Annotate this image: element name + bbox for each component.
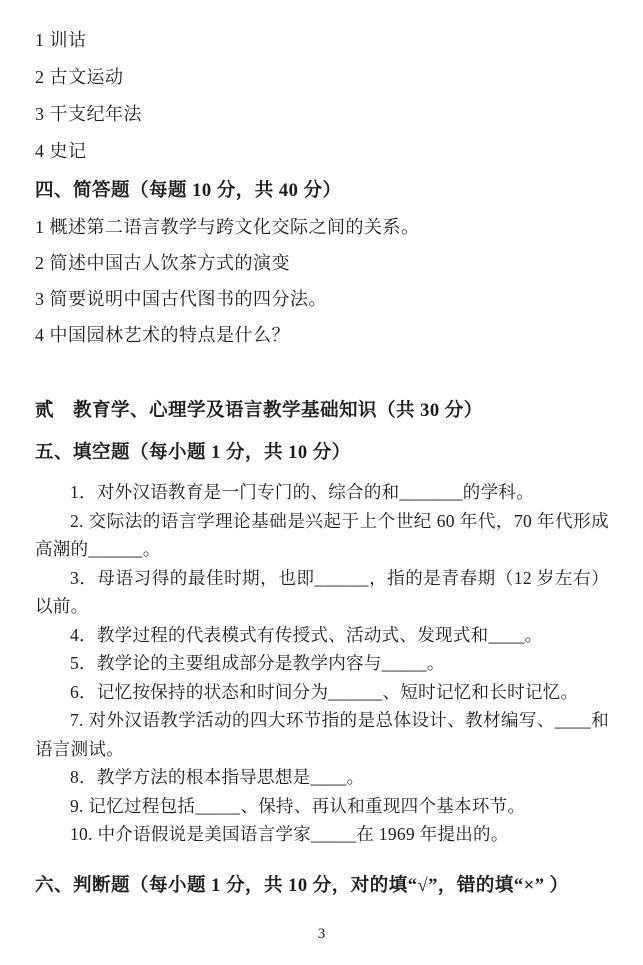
fill-item-10: 10. 中介语假说是美国语言学家_____在 1969 年提出的。 <box>35 820 609 849</box>
short-answer-question-4: 4 中国园林艺术的特点是什么？ <box>35 317 609 353</box>
page-content: 1 训诂 2 古文运动 3 干支纪年法 4 史记 四、简答题（每题 10 分，共… <box>0 0 643 904</box>
exam-paper-page: 1 训诂 2 古文运动 3 干支纪年法 4 史记 四、简答题（每题 10 分，共… <box>0 0 643 965</box>
fill-item-9: 9. 记忆过程包括_____、保持、再认和重现四个基本环节。 <box>35 792 609 821</box>
short-answer-question-1: 1 概述第二语言教学与跨文化交际之间的关系。 <box>35 209 609 245</box>
fill-item-3: 3．母语习得的最佳时期，也即______，指的是青春期（12 岁左右）以前。 <box>35 564 609 621</box>
term-question-1: 1 训诂 <box>35 22 609 59</box>
fill-item-7: 7. 对外汉语教学活动的四大环节指的是总体设计、教材编写、____和语言测试。 <box>35 706 609 763</box>
part-two-heading: 贰 教育学、心理学及语言教学基础知识（共 30 分） <box>35 393 609 429</box>
short-answer-question-2: 2 简述中国古人饮茶方式的演变 <box>35 245 609 281</box>
fill-item-4: 4．教学过程的代表模式有传授式、活动式、发现式和____。 <box>35 621 609 650</box>
fill-item-5: 5．教学论的主要组成部分是教学内容与_____。 <box>35 649 609 678</box>
section-six-title: 六、判断题（每小题 1 分，共 10 分，对的填“√”，错的填“×” ） <box>35 869 609 904</box>
section-five-title: 五、填空题（每小题 1 分，共 10 分） <box>35 436 609 471</box>
term-question-4: 4 史记 <box>35 133 609 170</box>
fill-item-2: 2. 交际法的语言学理论基础是兴起于上个世纪 60 年代，70 年代形成高潮的_… <box>35 507 609 564</box>
term-question-3: 3 干支纪年法 <box>35 96 609 133</box>
short-answer-question-3: 3 简要说明中国古代图书的四分法。 <box>35 281 609 317</box>
term-question-2: 2 古文运动 <box>35 59 609 96</box>
page-number: 3 <box>0 926 643 943</box>
fill-in-blank-list: 1．对外汉语教育是一门专门的、综合的和_______的学科。 2. 交际法的语言… <box>35 478 609 849</box>
fill-item-8: 8．教学方法的根本指导思想是____。 <box>35 763 609 792</box>
fill-item-6: 6．记忆按保持的状态和时间分为______、短时记忆和长时记忆。 <box>35 678 609 707</box>
fill-item-1: 1．对外汉语教育是一门专门的、综合的和_______的学科。 <box>35 478 609 507</box>
section-four-title: 四、简答题（每题 10 分，共 40 分） <box>35 174 609 209</box>
